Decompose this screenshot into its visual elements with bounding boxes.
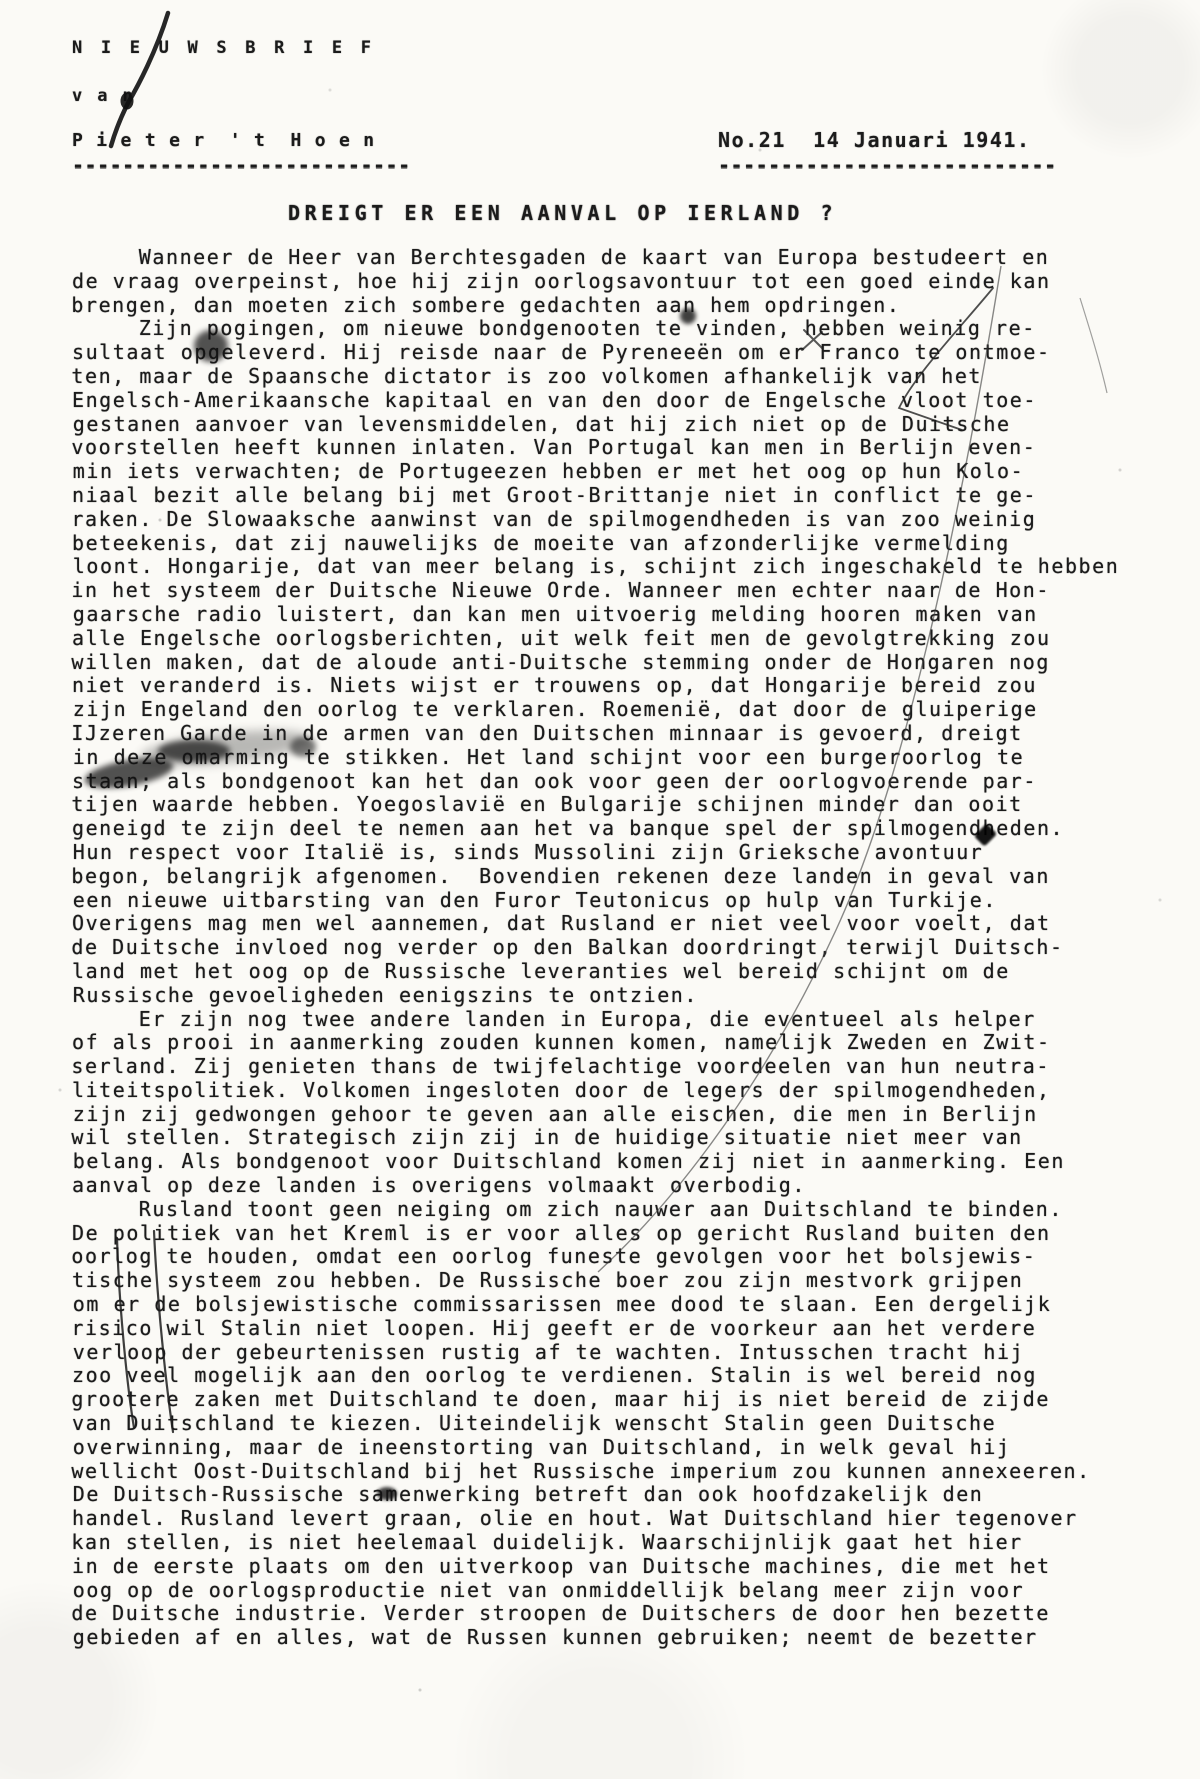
text-line: gebieden af en alles, wat de Russen kunn… — [73, 1626, 1120, 1650]
paragraph: Er zijn nog twee andere landen in Europa… — [72, 1008, 1119, 1198]
text-line: Rusland toont geen neiging om zich nauwe… — [73, 1198, 1120, 1222]
text-line: Overigens mag men wel aannemen, dat Rusl… — [72, 912, 1119, 936]
typed-rule-right: --------------------------- — [718, 153, 1057, 177]
text-line: sultaat opgeleverd. Hij reisde naar de P… — [72, 341, 1119, 365]
article-title: DREIGT ER EEN AANVAL OP IERLAND ? — [288, 201, 837, 225]
text-line: in de eerste plaats om den uitverkoop va… — [72, 1555, 1119, 1579]
text-line: verloop der gebeurtenissen rustig af te … — [73, 1341, 1120, 1365]
text-line: willen maken, dat de aloude anti-Duitsch… — [71, 651, 1118, 675]
text-line: Engelsch-Amerikaansche kapitaal en van d… — [72, 389, 1119, 413]
text-line: wil stellen. Strategisch zijn zij in de … — [71, 1126, 1118, 1150]
article-body: Wanneer de Heer van Berchtesgaden de kaa… — [72, 246, 1119, 1650]
text-line: de Duitsche industrie. Verder stroopen d… — [71, 1602, 1118, 1626]
document-page: N I E U W S B R I E F v a n P i e t e r … — [0, 0, 1200, 1779]
issue-number-date: No.21 14 Januari 1941. — [718, 128, 1031, 152]
newsletter-title: N I E U W S B R I E F — [72, 38, 375, 58]
text-line: raken. De Slowaaksche aanwinst van de sp… — [71, 508, 1118, 532]
text-line: loont. Hongarije, dat van meer belang is… — [73, 555, 1120, 579]
text-line: zijn zij gedwongen gehoor te geven aan a… — [73, 1103, 1120, 1127]
newsletter-author: P i e t e r ' t H o e n — [72, 130, 375, 151]
text-line: IJzeren Garde in de armen van den Duitsc… — [71, 722, 1118, 746]
text-line: gestanen aanvoer van levensmiddelen, dat… — [73, 413, 1120, 437]
text-line: zoo veel mogelijk aan den oorlog te verd… — [72, 1364, 1119, 1388]
paragraph: Rusland toont geen neiging om zich nauwe… — [72, 1198, 1119, 1650]
text-line: beteekenis, dat zij nauwelijks de moeite… — [72, 532, 1119, 556]
text-line: liteitspolitiek. Volkomen ingesloten doo… — [72, 1079, 1119, 1103]
text-line: overwinning, maar de ineenstorting van D… — [73, 1436, 1120, 1460]
text-line: of als prooi in aanmerking zouden kunnen… — [72, 1031, 1119, 1055]
text-line: tische systeem zou hebben. De Russische … — [72, 1269, 1119, 1293]
text-line: van Duitschland te kiezen. Uiteindelijk … — [72, 1412, 1119, 1436]
text-line: alle Engelsche oorlogsberichten, uit wel… — [72, 627, 1119, 651]
text-line: belang. Als bondgenoot voor Duitschland … — [73, 1150, 1120, 1174]
text-line: land met het oog op de Russische leveran… — [72, 960, 1119, 984]
text-line: serland. Zij genieten thans de twijfelac… — [71, 1055, 1118, 1079]
text-line: oog op de oorlogsproductie niet van onmi… — [73, 1579, 1120, 1603]
text-line: de vraag overpeinst, hoe hij zijn oorlog… — [72, 270, 1119, 294]
text-line: voorstellen heeft kunnen inlaten. Van Po… — [71, 436, 1118, 460]
pen-stroke-header — [111, 13, 168, 146]
text-line: tijen waarde hebben. Yoegoslavië en Bulg… — [71, 793, 1118, 817]
text-line: staan; als bondgenoot kan het dan ook vo… — [72, 770, 1119, 794]
text-line: risico wil Stalin niet loopen. Hij geeft… — [71, 1317, 1118, 1341]
text-line: kan stellen, is niet heelemaal duidelijk… — [71, 1531, 1118, 1555]
text-line: De Duitsch-Russische samenwerking betref… — [73, 1483, 1120, 1507]
text-line: oorlog te houden, omdat een oorlog funes… — [71, 1245, 1118, 1269]
text-line: brengen, dan moeten zich sombere gedacht… — [71, 294, 1118, 318]
text-line: Er zijn nog twee andere landen in Europa… — [73, 1008, 1120, 1032]
text-line: handel. Rusland levert graan, olie en ho… — [72, 1507, 1119, 1531]
text-line: om er de bolsjewistische commissarissen … — [73, 1293, 1120, 1317]
paragraph: Zijn pogingen, om nieuwe bondgenooten te… — [72, 317, 1119, 1007]
text-line: niet veranderd is. Niets wijst er trouwe… — [72, 674, 1119, 698]
text-line: begon, belangrijk afgenomen. Bovendien r… — [71, 865, 1118, 889]
text-line: Russische gevoeligheden eenigszins te on… — [73, 984, 1120, 1008]
text-line: gaarsche radio luistert, dan kan men uit… — [73, 603, 1120, 627]
text-line: Wanneer de Heer van Berchtesgaden de kaa… — [73, 246, 1120, 270]
text-line: in deze omarming te stikken. Het land sc… — [73, 746, 1120, 770]
text-line: De politiek van het Kreml is er voor all… — [72, 1222, 1119, 1246]
text-line: wellicht Oost-Duitschland bij het Russis… — [71, 1460, 1118, 1484]
text-line: in het systeem der Duitsche Nieuwe Orde.… — [71, 579, 1118, 603]
text-line: niaal bezit alle belang bij met Groot-Br… — [72, 484, 1119, 508]
text-line: zijn Engeland den oorlog te verklaren. R… — [73, 698, 1120, 722]
typed-rule-left: --------------------------- — [72, 153, 411, 177]
text-line: ten, maar de Spaansche dictator is zoo v… — [71, 365, 1118, 389]
text-line: min iets verwachten; de Portugeezen hebb… — [73, 460, 1120, 484]
text-line: Zijn pogingen, om nieuwe bondgenooten te… — [73, 317, 1120, 341]
text-line: de Duitsche invloed nog verder op den Ba… — [71, 936, 1118, 960]
newsletter-van: v a n — [72, 86, 135, 106]
text-line: een nieuwe uitbarsting van den Furor Teu… — [73, 889, 1120, 913]
text-line: aanval op deze landen is overigens volma… — [72, 1174, 1119, 1198]
text-line: Hun respect voor Italië is, sinds Mussol… — [73, 841, 1120, 865]
text-line: grootere zaken met Duitschland te doen, … — [71, 1388, 1118, 1412]
paragraph: Wanneer de Heer van Berchtesgaden de kaa… — [72, 246, 1119, 317]
text-line: geneigd te zijn deel te nemen aan het va… — [72, 817, 1119, 841]
